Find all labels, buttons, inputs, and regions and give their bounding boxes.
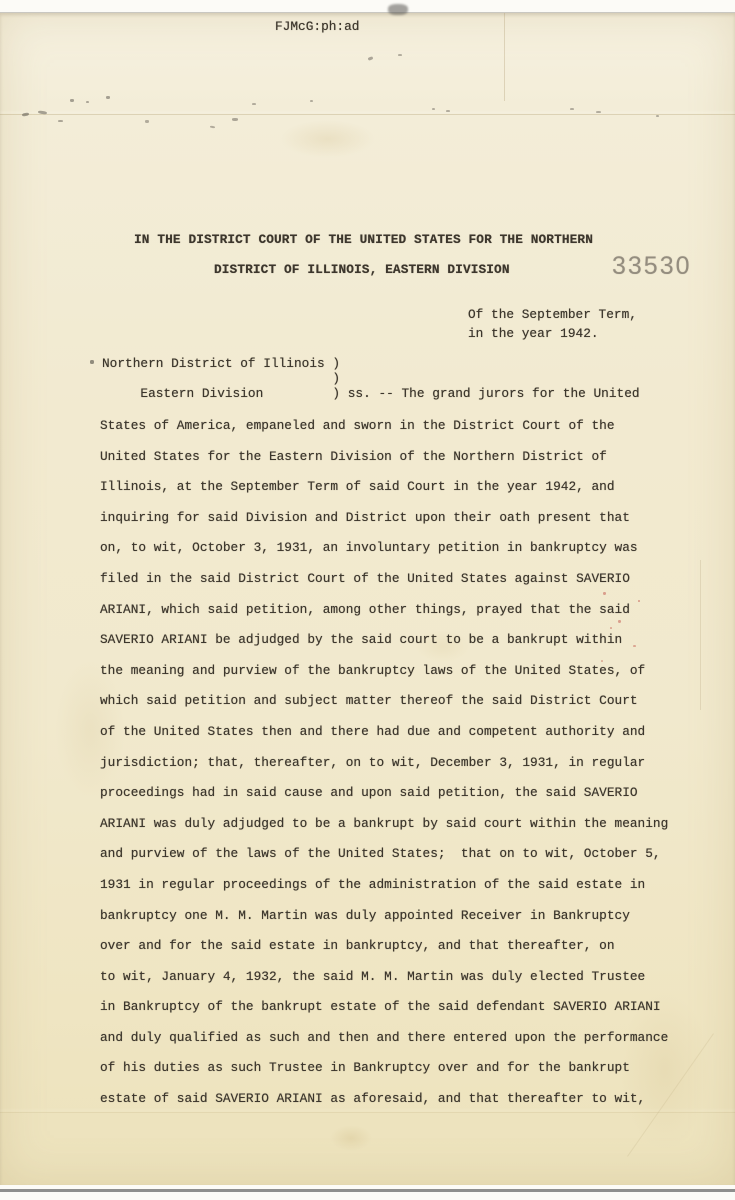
body-line: in Bankruptcy of the bankrupt estate of … (100, 992, 700, 1023)
ink-speck (70, 99, 74, 102)
ink-speck (252, 103, 256, 105)
ink-speck (58, 120, 63, 122)
body-line: to wit, January 4, 1932, the said M. M. … (100, 962, 700, 993)
typist-reference: FJMcG:ph:ad (275, 19, 359, 34)
body-line: and duly qualified as such and then and … (100, 1023, 700, 1054)
ink-smudge (388, 4, 408, 15)
ink-speck (310, 100, 313, 102)
body-line: over and for the said estate in bankrupt… (100, 931, 700, 962)
body-line: Illinois, at the September Term of said … (100, 472, 700, 503)
ink-speck (90, 360, 94, 364)
ink-speck (86, 101, 89, 103)
body-line: and purview of the laws of the United St… (100, 839, 700, 870)
body-line: ARIANI was duly adjudged to be a bankrup… (100, 809, 700, 840)
body-line: bankruptcy one M. M. Martin was duly app… (100, 901, 700, 932)
body-line: of his duties as such Trustee in Bankrup… (100, 1053, 700, 1084)
term-line-1: Of the September Term, (468, 307, 637, 322)
caption-line-3: Eastern Division ) ss. -- The grand juro… (102, 386, 640, 401)
ink-speck (570, 108, 574, 110)
body-line: the meaning and purview of the bankruptc… (100, 656, 700, 687)
term-line-2: in the year 1942. (468, 326, 599, 341)
ink-speck (398, 54, 402, 56)
ink-speck (656, 115, 659, 117)
ink-speck (106, 96, 110, 99)
ink-speck (145, 120, 149, 123)
ink-speck (432, 108, 435, 110)
ink-speck (446, 110, 450, 112)
body-line: 1931 in regular proceedings of the admin… (100, 870, 700, 901)
vertical-crease (504, 13, 505, 101)
body-text-block: States of America, empaneled and sworn i… (100, 411, 700, 1115)
body-line: United States for the Eastern Division o… (100, 442, 700, 473)
horizontal-crease (0, 114, 735, 115)
paper-stain (330, 1125, 372, 1151)
scanned-court-document: FJMcG:ph:ad IN THE DISTRICT COURT OF THE… (0, 0, 735, 1200)
ink-speck (232, 118, 238, 121)
paper-stain (280, 120, 375, 158)
vertical-crease (700, 560, 701, 710)
body-line: ARIANI, which said petition, among other… (100, 595, 700, 626)
caption-line-1: Northern District of Illinois ) (102, 356, 340, 371)
body-line: on, to wit, October 3, 1931, an involunt… (100, 533, 700, 564)
body-line: which said petition and subject matter t… (100, 686, 700, 717)
body-line: estate of said SAVERIO ARIANI as aforesa… (100, 1084, 700, 1115)
body-line: inquiring for said Division and District… (100, 503, 700, 534)
body-line: of the United States then and there had … (100, 717, 700, 748)
heading-line-2: DISTRICT OF ILLINOIS, EASTERN DIVISION (214, 262, 510, 277)
scanner-edge-line (0, 1189, 735, 1192)
body-line: filed in the said District Court of the … (100, 564, 700, 595)
caption-line-2: ) (102, 371, 340, 386)
body-line: SAVERIO ARIANI be adjudged by the said c… (100, 625, 700, 656)
body-line: proceedings had in said cause and upon s… (100, 778, 700, 809)
case-number-stamp: 33530 (612, 252, 692, 281)
paper-top-edge (0, 12, 735, 13)
heading-line-1: IN THE DISTRICT COURT OF THE UNITED STAT… (134, 232, 593, 247)
body-line: States of America, empaneled and sworn i… (100, 411, 700, 442)
ink-speck (596, 111, 601, 113)
body-line: jurisdiction; that, thereafter, on to wi… (100, 748, 700, 779)
